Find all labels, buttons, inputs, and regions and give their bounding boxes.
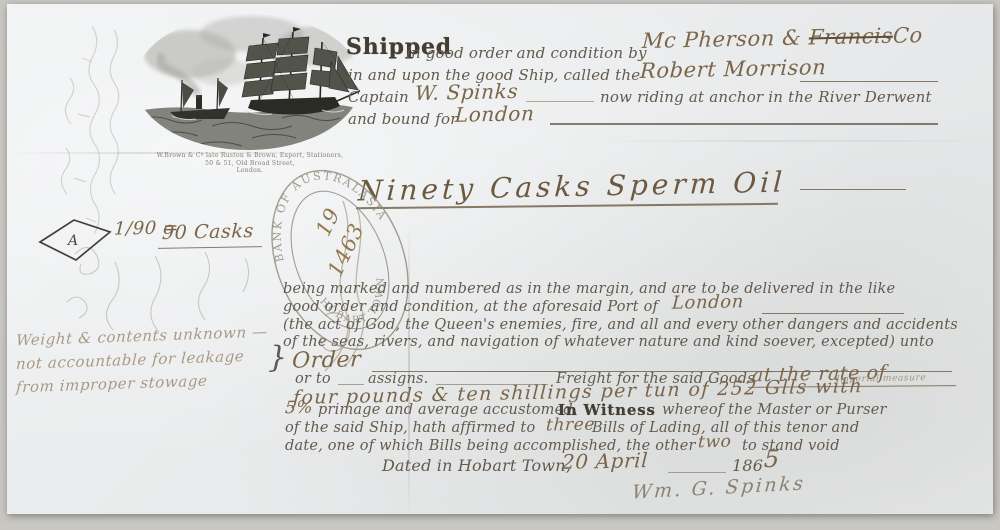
stamp-outer-text: BANK OF AUSTRALASIA xyxy=(247,150,391,265)
year-hand: 5 xyxy=(763,445,780,473)
ship-name: Robert Morrison xyxy=(639,55,827,83)
body-line3: (the act of God, the Queen's enemies, fi… xyxy=(283,317,958,333)
rate-note: Imperial measure xyxy=(836,373,927,385)
primage-percent: 5% xyxy=(285,398,314,419)
bound-label: and bound for xyxy=(348,110,458,128)
margin-mark-letter: A xyxy=(66,233,78,249)
bill-of-lading-document: W.Brown & Cº late Ruston & Brown, Export… xyxy=(0,0,1000,530)
header-intro: in good order and condition by xyxy=(406,44,647,62)
consignee: Order xyxy=(291,347,361,373)
body-line4: of the seas, rivers, and navigation of w… xyxy=(283,334,934,350)
year-printed: 186 xyxy=(732,456,763,475)
port-name: London xyxy=(671,291,744,314)
svg-text:BANK OF AUSTRALASIA: BANK OF AUSTRALASIA xyxy=(247,150,391,265)
port-rule xyxy=(762,313,904,314)
margin-mark-diamond: A xyxy=(34,214,118,266)
shipper-struck: Francis xyxy=(808,24,893,50)
fold-crease xyxy=(600,140,990,142)
anchor-text: now riding at anchor in the River Derwen… xyxy=(600,88,932,106)
destination: London xyxy=(454,101,535,127)
cargo-dash-rule xyxy=(800,189,906,190)
destination-rule xyxy=(550,123,938,125)
shipper-suffix: Co xyxy=(892,23,923,48)
bills-count: three xyxy=(546,414,596,435)
void-rest: to stand void xyxy=(742,438,840,454)
body-line2: good order and condition, at the aforesa… xyxy=(283,299,658,315)
captain-label: Captain xyxy=(348,88,409,106)
ship-name-rule xyxy=(800,81,938,82)
clause-brace: } xyxy=(268,340,287,375)
date-hand: 20 April xyxy=(561,448,648,474)
ship-engraving xyxy=(132,12,364,154)
body-line1: being marked and numbered as in the marg… xyxy=(283,281,895,297)
captain-rule xyxy=(526,101,594,102)
primage-text: primage and average accustomed. xyxy=(318,402,578,418)
or-to-label: or to xyxy=(295,371,331,387)
shipper-main: Mc Pherson & xyxy=(641,26,802,53)
dated-label: Dated in Hobart Town, xyxy=(382,456,571,475)
date-rule xyxy=(668,472,726,473)
void-count: two xyxy=(698,432,732,453)
witness-rest: whereof the Master or Purser xyxy=(662,402,887,418)
affirm-text: of the said Ship, hath affirmed to xyxy=(285,420,535,436)
